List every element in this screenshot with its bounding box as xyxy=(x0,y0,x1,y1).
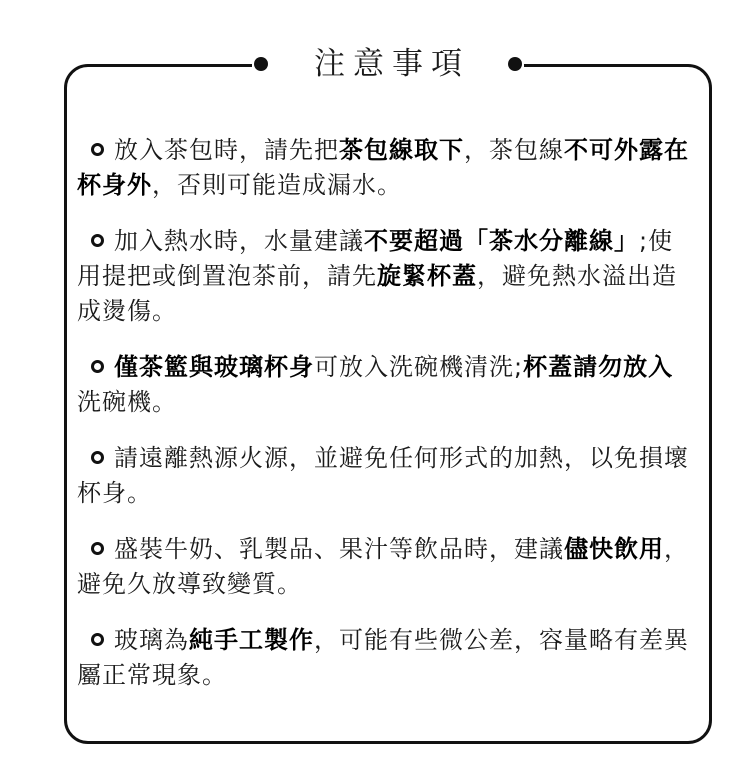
notice-item: 僅茶籃與玻璃杯身可放入洗碗機清洗;杯蓋請勿放入洗碗機。 xyxy=(77,350,691,420)
notice-title-banner: 注意事項 xyxy=(252,44,524,84)
text-segment: 放入茶包時，請先把 xyxy=(114,136,339,164)
page-title: 注意事項 xyxy=(314,44,470,84)
notice-item: 請遠離熱源火源，並避免任何形式的加熱，以免損壞杯身。 xyxy=(77,441,691,511)
circle-bullet-icon xyxy=(91,360,104,373)
notice-item: 盛裝牛奶、乳製品、果汁等飲品時，建議儘快飲用，避免久放導致變質。 xyxy=(77,532,691,602)
page: 注意事項 放入茶包時，請先把茶包線取下，茶包線不可外露在杯身外，否則可能造成漏水… xyxy=(0,0,750,762)
notice-box: 注意事項 放入茶包時，請先把茶包線取下，茶包線不可外露在杯身外，否則可能造成漏水… xyxy=(64,64,712,744)
text-segment-bold: 旋緊杯蓋 xyxy=(377,262,477,290)
line-end-dot-right-icon xyxy=(508,57,522,71)
notice-item: 加入熱水時，水量建議不要超過「茶水分離線」;使用提把或倒置泡茶前，請先旋緊杯蓋，… xyxy=(77,224,691,329)
text-segment: 盛裝牛奶、乳製品、果汁等飲品時，建議 xyxy=(114,535,564,563)
text-segment: 請遠離熱源火源，並避免任何形式的加熱，以免損壞杯身。 xyxy=(77,444,689,507)
text-segment-bold: 儘快飲用 xyxy=(564,535,664,563)
circle-bullet-icon xyxy=(91,542,104,555)
text-segment: ，茶包線 xyxy=(464,136,564,164)
text-segment: ，否則可能造成漏水。 xyxy=(152,171,402,199)
text-segment: 玻璃為 xyxy=(114,626,189,654)
circle-bullet-icon xyxy=(91,633,104,646)
line-end-dot-left-icon xyxy=(254,57,268,71)
notice-item: 放入茶包時，請先把茶包線取下，茶包線不可外露在杯身外，否則可能造成漏水。 xyxy=(77,133,691,203)
text-segment-bold: 純手工製作 xyxy=(189,626,314,654)
circle-bullet-icon xyxy=(91,234,104,247)
circle-bullet-icon xyxy=(91,143,104,156)
notice-list: 放入茶包時，請先把茶包線取下，茶包線不可外露在杯身外，否則可能造成漏水。加入熱水… xyxy=(77,133,691,693)
text-segment-bold: 杯蓋請勿放入 xyxy=(523,353,673,381)
notice-item: 玻璃為純手工製作，可能有些微公差，容量略有差異屬正常現象。 xyxy=(77,623,691,693)
text-segment-bold: 茶包線取下 xyxy=(339,136,464,164)
text-segment: 加入熱水時，水量建議 xyxy=(114,227,364,255)
circle-bullet-icon xyxy=(91,451,104,464)
text-segment-bold: 不要超過「茶水分離線」 xyxy=(364,227,639,255)
text-segment-bold: 僅茶籃與玻璃杯身 xyxy=(114,353,314,381)
text-segment: 可放入洗碗機清洗; xyxy=(314,353,523,381)
text-segment: 洗碗機。 xyxy=(77,388,177,416)
